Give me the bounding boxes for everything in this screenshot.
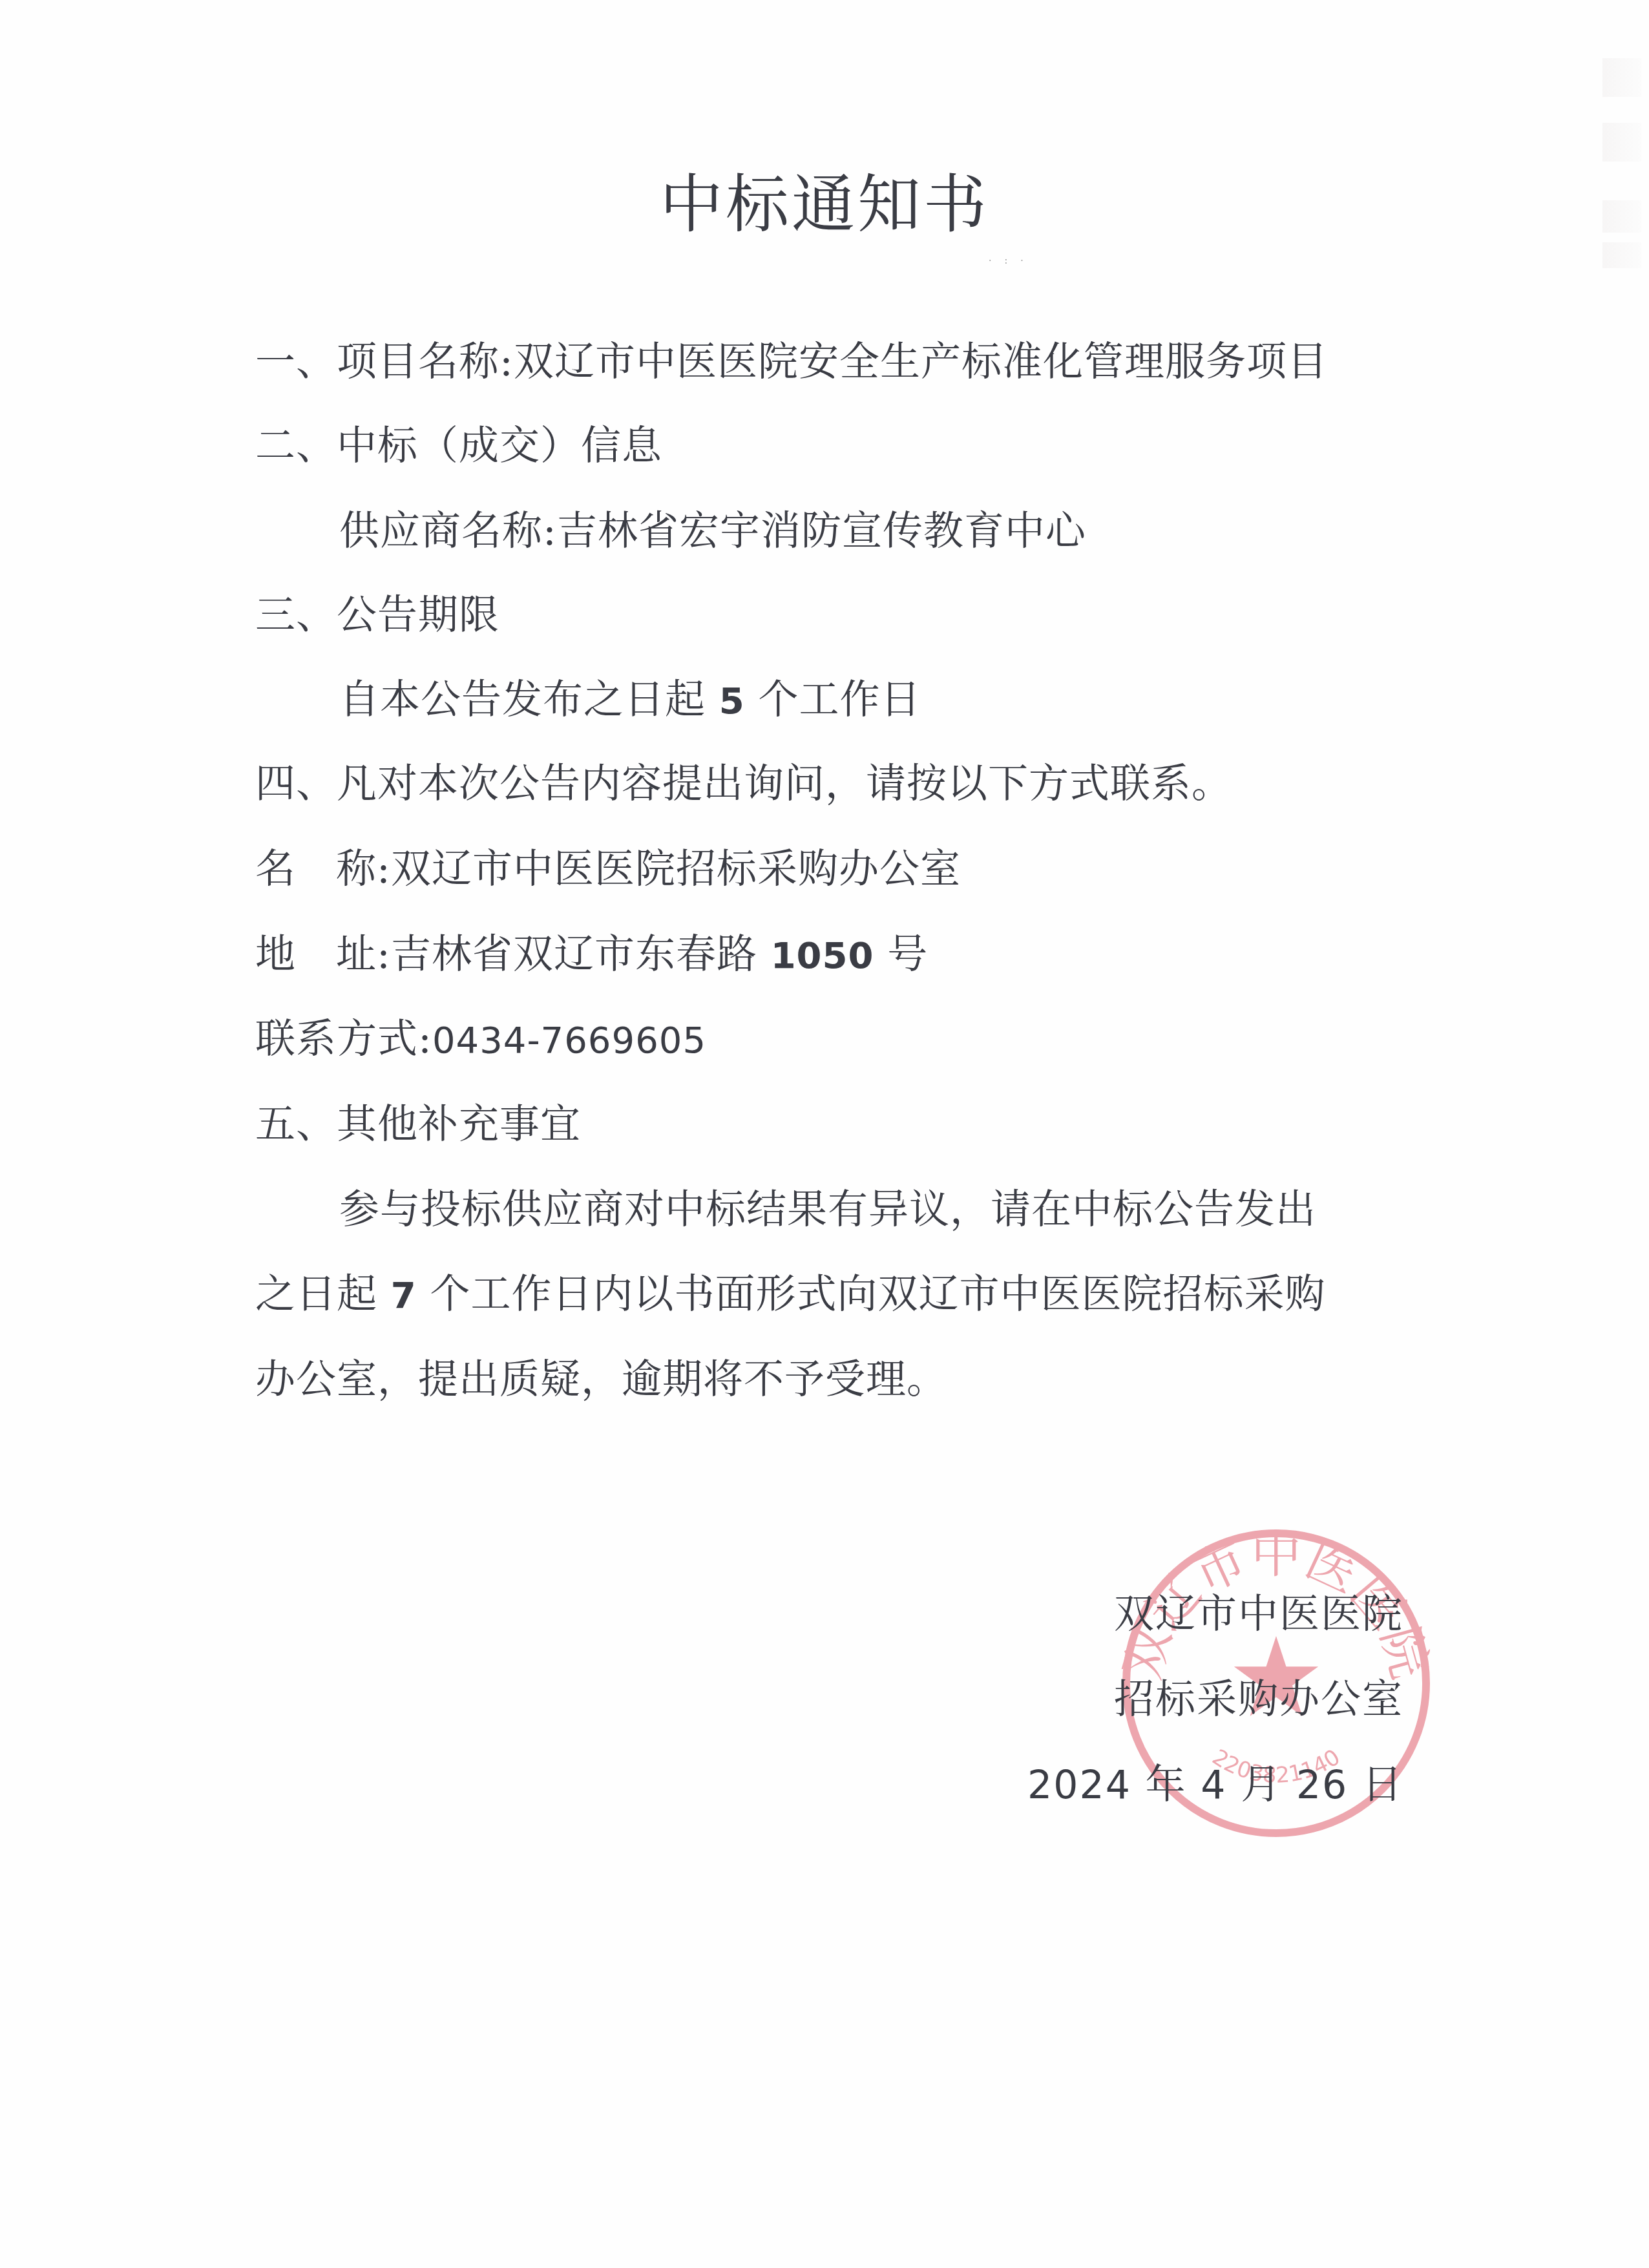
supplier-value: 吉林省宏宇消防宣传教育中心 bbox=[557, 507, 1086, 554]
section-award-info: 二、中标（成交）信息 bbox=[255, 420, 662, 472]
address-number: 1050 bbox=[771, 935, 874, 977]
section-project-name: 一、项目名称:双辽市中医医院安全生产标准化管理服务项目 bbox=[255, 336, 1328, 388]
phone-label: 联系方式: bbox=[255, 1015, 432, 1062]
section-contact: 四、凡对本次公告内容提出询问，请按以下方式联系。 bbox=[255, 758, 1232, 810]
address-label-a: 地 bbox=[255, 930, 296, 978]
document-page: 中标通知书 ·:· 一、项目名称:双辽市中医医院安全生产标准化管理服务项目 二、… bbox=[0, 0, 1649, 2268]
address-label-b: 址: bbox=[336, 930, 391, 978]
period-days: 5 bbox=[719, 680, 745, 722]
period-text-after: 个工作日 bbox=[758, 676, 921, 723]
address-suffix: 号 bbox=[887, 930, 928, 978]
address-value: 吉林省双辽市东春路 bbox=[391, 930, 757, 978]
date-year-unit: 年 bbox=[1146, 1761, 1187, 1808]
paragraph-text: 参与投标供应商对中标结果有异议，请在中标公告发出 bbox=[339, 1186, 1316, 1233]
section-heading: 一、项目名称: bbox=[255, 338, 514, 385]
notice-period-text: 自本公告发布之日起 5 个工作日 bbox=[339, 674, 921, 728]
paragraph-text: 办公室，提出质疑，逾期将不予受理。 bbox=[255, 1356, 947, 1403]
contact-name-label-a: 名 bbox=[255, 845, 296, 892]
phone-value: 0434-7669605 bbox=[432, 1020, 706, 1062]
section-heading: 二、中标（成交）信息 bbox=[255, 422, 662, 469]
contact-phone-line: 联系方式:0434-7669605 bbox=[255, 1013, 706, 1067]
section-heading: 五、其他补充事宜 bbox=[255, 1100, 581, 1148]
date-day: 26 bbox=[1296, 1763, 1348, 1808]
date-month-unit: 月 bbox=[1241, 1761, 1282, 1808]
date-month: 4 bbox=[1201, 1763, 1226, 1808]
objection-paragraph-line-3: 办公室，提出质疑，逾期将不予受理。 bbox=[255, 1354, 947, 1405]
contact-name-line: 名称:双辽市中医医院招标采购办公室 bbox=[255, 843, 961, 895]
paragraph-text: 之日起 bbox=[255, 1270, 377, 1318]
section-notice-period: 三、公告期限 bbox=[255, 589, 499, 641]
date-day-unit: 日 bbox=[1362, 1761, 1403, 1808]
contact-address-line: 地址:吉林省双辽市东春路 1050 号 bbox=[255, 929, 928, 982]
document-title: 中标通知书 bbox=[0, 154, 1649, 245]
supplier-line: 供应商名称:吉林省宏宇消防宣传教育中心 bbox=[339, 505, 1086, 557]
signature-date: 2024 年 4 月 26 日 bbox=[1027, 1759, 1403, 1811]
objection-paragraph-line-1: 参与投标供应商对中标结果有异议，请在中标公告发出 bbox=[339, 1184, 1316, 1235]
scan-artifact bbox=[1602, 58, 1641, 97]
contact-name-label-b: 称: bbox=[336, 845, 391, 892]
scan-specks: ·:· bbox=[989, 256, 1036, 266]
period-text-before: 自本公告发布之日起 bbox=[339, 676, 706, 723]
scan-artifact bbox=[1602, 242, 1641, 268]
section-heading: 四、凡对本次公告内容提出询问，请按以下方式联系。 bbox=[255, 760, 1232, 807]
objection-days: 7 bbox=[391, 1275, 417, 1317]
date-year: 2024 bbox=[1027, 1763, 1131, 1808]
project-name-value: 双辽市中医医院安全生产标准化管理服务项目 bbox=[514, 338, 1328, 385]
section-heading: 三、公告期限 bbox=[255, 591, 499, 638]
signature-org-line-1: 双辽市中医医院 bbox=[1114, 1588, 1403, 1640]
signature-org-line-2: 招标采购办公室 bbox=[1114, 1674, 1403, 1725]
section-other: 五、其他补充事宜 bbox=[255, 1098, 581, 1150]
contact-name-value: 双辽市中医医院招标采购办公室 bbox=[391, 845, 961, 892]
paragraph-text: 个工作日内以书面形式向双辽市中医医院招标采购 bbox=[430, 1270, 1325, 1318]
supplier-label: 供应商名称: bbox=[339, 507, 557, 554]
objection-paragraph-line-2: 之日起 7 个工作日内以书面形式向双辽市中医医院招标采购 bbox=[255, 1268, 1325, 1322]
